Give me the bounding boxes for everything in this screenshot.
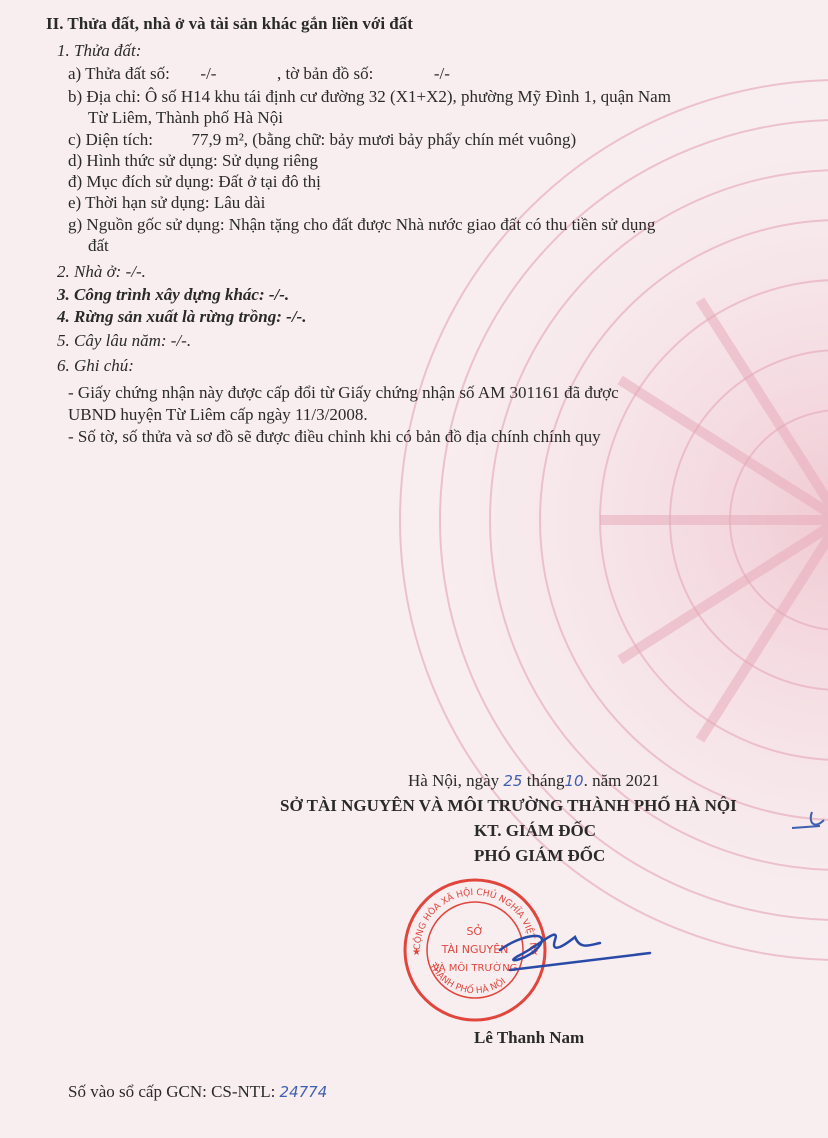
area-row: c) Diện tích: 77,9 m², (bằng chữ: bảy mư… bbox=[68, 130, 576, 150]
origin-row: g) Nguồn gốc sử dụng: Nhận tặng cho đất … bbox=[68, 215, 655, 235]
address-value-cont: Từ Liêm, Thành phố Hà Nội bbox=[88, 108, 283, 128]
agency-name: SỞ TÀI NGUYÊN VÀ MÔI TRƯỜNG THÀNH PHỐ HÀ… bbox=[280, 796, 737, 816]
usage-form-label: d) Hình thức sử dụng: bbox=[68, 151, 218, 170]
usage-purpose-value: Đất ở tại đô thị bbox=[218, 172, 320, 191]
map-sheet-value: -/- bbox=[434, 64, 450, 83]
usage-form-row: d) Hình thức sử dụng: Sử dụng riêng bbox=[68, 151, 318, 171]
address-value: Ô số H14 khu tái định cư đường 32 (X1+X2… bbox=[145, 87, 671, 106]
address-row: b) Địa chỉ: Ô số H14 khu tái định cư đườ… bbox=[68, 87, 671, 107]
forest-value: -/-. bbox=[286, 307, 306, 326]
other-construction-row: 3. Công trình xây dựng khác: -/-. bbox=[57, 285, 289, 305]
usage-term-value: Lâu dài bbox=[214, 193, 265, 212]
month-handwritten: 10 bbox=[565, 772, 584, 790]
signer-title: PHÓ GIÁM ĐỐC bbox=[474, 846, 605, 866]
month-prefix: tháng bbox=[527, 771, 565, 790]
parcel-number-value: -/- bbox=[200, 64, 216, 83]
parcel-number-row: a) Thửa đất số: -/- , tờ bản đồ số: -/- bbox=[68, 64, 450, 84]
forest-label: 4. Rừng sản xuất là rừng trồng: bbox=[57, 307, 282, 326]
usage-form-value: Sử dụng riêng bbox=[222, 151, 318, 170]
registry-number-handwritten: 24774 bbox=[280, 1083, 328, 1101]
svg-text:★: ★ bbox=[412, 947, 421, 958]
origin-value: Nhận tặng cho đất được Nhà nước giao đất… bbox=[229, 215, 656, 234]
land-heading: 1. Thửa đất: bbox=[57, 41, 141, 61]
forest-row: 4. Rừng sản xuất là rừng trồng: -/-. bbox=[57, 307, 306, 327]
signer-name: Lê Thanh Nam bbox=[474, 1028, 584, 1048]
perennial-row: 5. Cây lâu năm: -/-. bbox=[57, 331, 191, 351]
address-label: b) Địa chỉ: bbox=[68, 87, 141, 106]
section-title: II. Thửa đất, nhà ở và tài sản khác gắn … bbox=[46, 14, 413, 34]
usage-purpose-label: đ) Mục đích sử dụng: bbox=[68, 172, 214, 191]
perennial-value: -/-. bbox=[171, 331, 191, 350]
note-line-3: - Số tờ, số thửa và sơ đồ sẽ được điều c… bbox=[68, 427, 601, 447]
initial-mark bbox=[790, 808, 828, 838]
area-value: 77,9 m², (bằng chữ: bảy mươi bảy phẩy ch… bbox=[191, 130, 576, 149]
house-value: -/-. bbox=[126, 262, 146, 281]
registry-label: Số vào sổ cấp GCN: CS-NTL: bbox=[68, 1082, 275, 1101]
note-line-2: UBND huyện Từ Liêm cấp ngày 11/3/2008. bbox=[68, 405, 368, 425]
usage-term-row: e) Thời hạn sử dụng: Lâu dài bbox=[68, 193, 265, 213]
handwritten-signature bbox=[480, 915, 660, 985]
usage-term-label: e) Thời hạn sử dụng: bbox=[68, 193, 210, 212]
year-text: năm 2021 bbox=[592, 771, 660, 790]
perennial-label: 5. Cây lâu năm: bbox=[57, 331, 167, 350]
parcel-number-label: a) Thửa đất số: bbox=[68, 64, 170, 83]
on-behalf: KT. GIÁM ĐỐC bbox=[474, 821, 596, 841]
other-construction-label: 3. Công trình xây dựng khác: bbox=[57, 285, 265, 304]
area-label: c) Diện tích: bbox=[68, 130, 153, 149]
note-line-1: - Giấy chứng nhận này được cấp đổi từ Gi… bbox=[68, 383, 619, 403]
place-date: Hà Nội, ngày 25 tháng10. năm 2021 bbox=[408, 771, 660, 791]
house-label: 2. Nhà ở: bbox=[57, 262, 121, 281]
usage-purpose-row: đ) Mục đích sử dụng: Đất ở tại đô thị bbox=[68, 172, 321, 192]
other-construction-value: -/-. bbox=[269, 285, 289, 304]
house-row: 2. Nhà ở: -/-. bbox=[57, 262, 146, 282]
place-date-prefix: Hà Nội, ngày bbox=[408, 771, 499, 790]
registry-row: Số vào sổ cấp GCN: CS-NTL: 24774 bbox=[68, 1082, 327, 1102]
day-handwritten: 25 bbox=[503, 772, 522, 790]
origin-label: g) Nguồn gốc sử dụng: bbox=[68, 215, 225, 234]
map-sheet-label: , tờ bản đồ số: bbox=[277, 64, 373, 83]
origin-value-cont: đất bbox=[88, 236, 109, 256]
notes-label: 6. Ghi chú: bbox=[57, 356, 134, 376]
